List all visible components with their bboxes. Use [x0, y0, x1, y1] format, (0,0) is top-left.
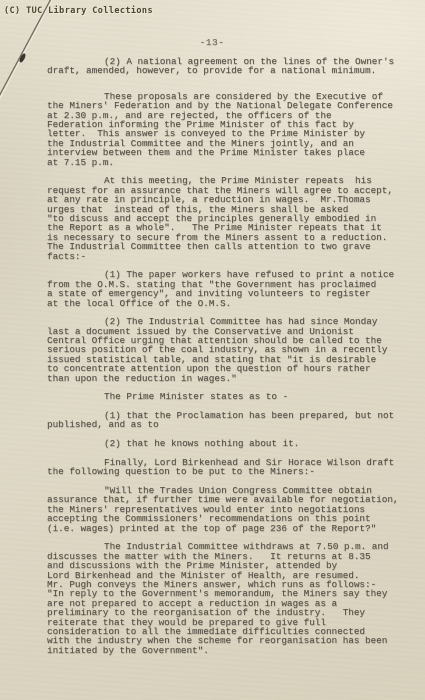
paragraph: (2) A national agreement on the lines of…: [47, 57, 421, 76]
page-number: -13-: [200, 37, 225, 48]
paragraph: "Will the Trades Union Congress Committe…: [47, 486, 421, 533]
paragraph: (2) that he knows nothing about it.: [47, 439, 421, 448]
paragraph: (2) The Industrial Committee has had sin…: [47, 317, 421, 383]
paragraph: The Prime Minister states as to -: [47, 392, 421, 401]
paragraph: (1) that the Proclamation has been prepa…: [47, 411, 421, 430]
paragraph: These proposals are considered by the Ex…: [47, 92, 421, 167]
paragraph: The Industrial Committee withdraws at 7.…: [47, 542, 421, 655]
paragraph: Finally, Lord Birkenhead and Sir Horace …: [47, 458, 421, 477]
library-watermark: (C) TUC Library Collections: [4, 6, 153, 16]
paragraph: At this meeting, the Prime Minister repe…: [47, 176, 421, 261]
scanned-document-page: (C) TUC Library Collections -13- (2) A n…: [0, 0, 425, 700]
paragraph: (1) The paper workers have refused to pr…: [47, 270, 421, 308]
document-body: (2) A national agreement on the lines of…: [0, 57, 425, 665]
